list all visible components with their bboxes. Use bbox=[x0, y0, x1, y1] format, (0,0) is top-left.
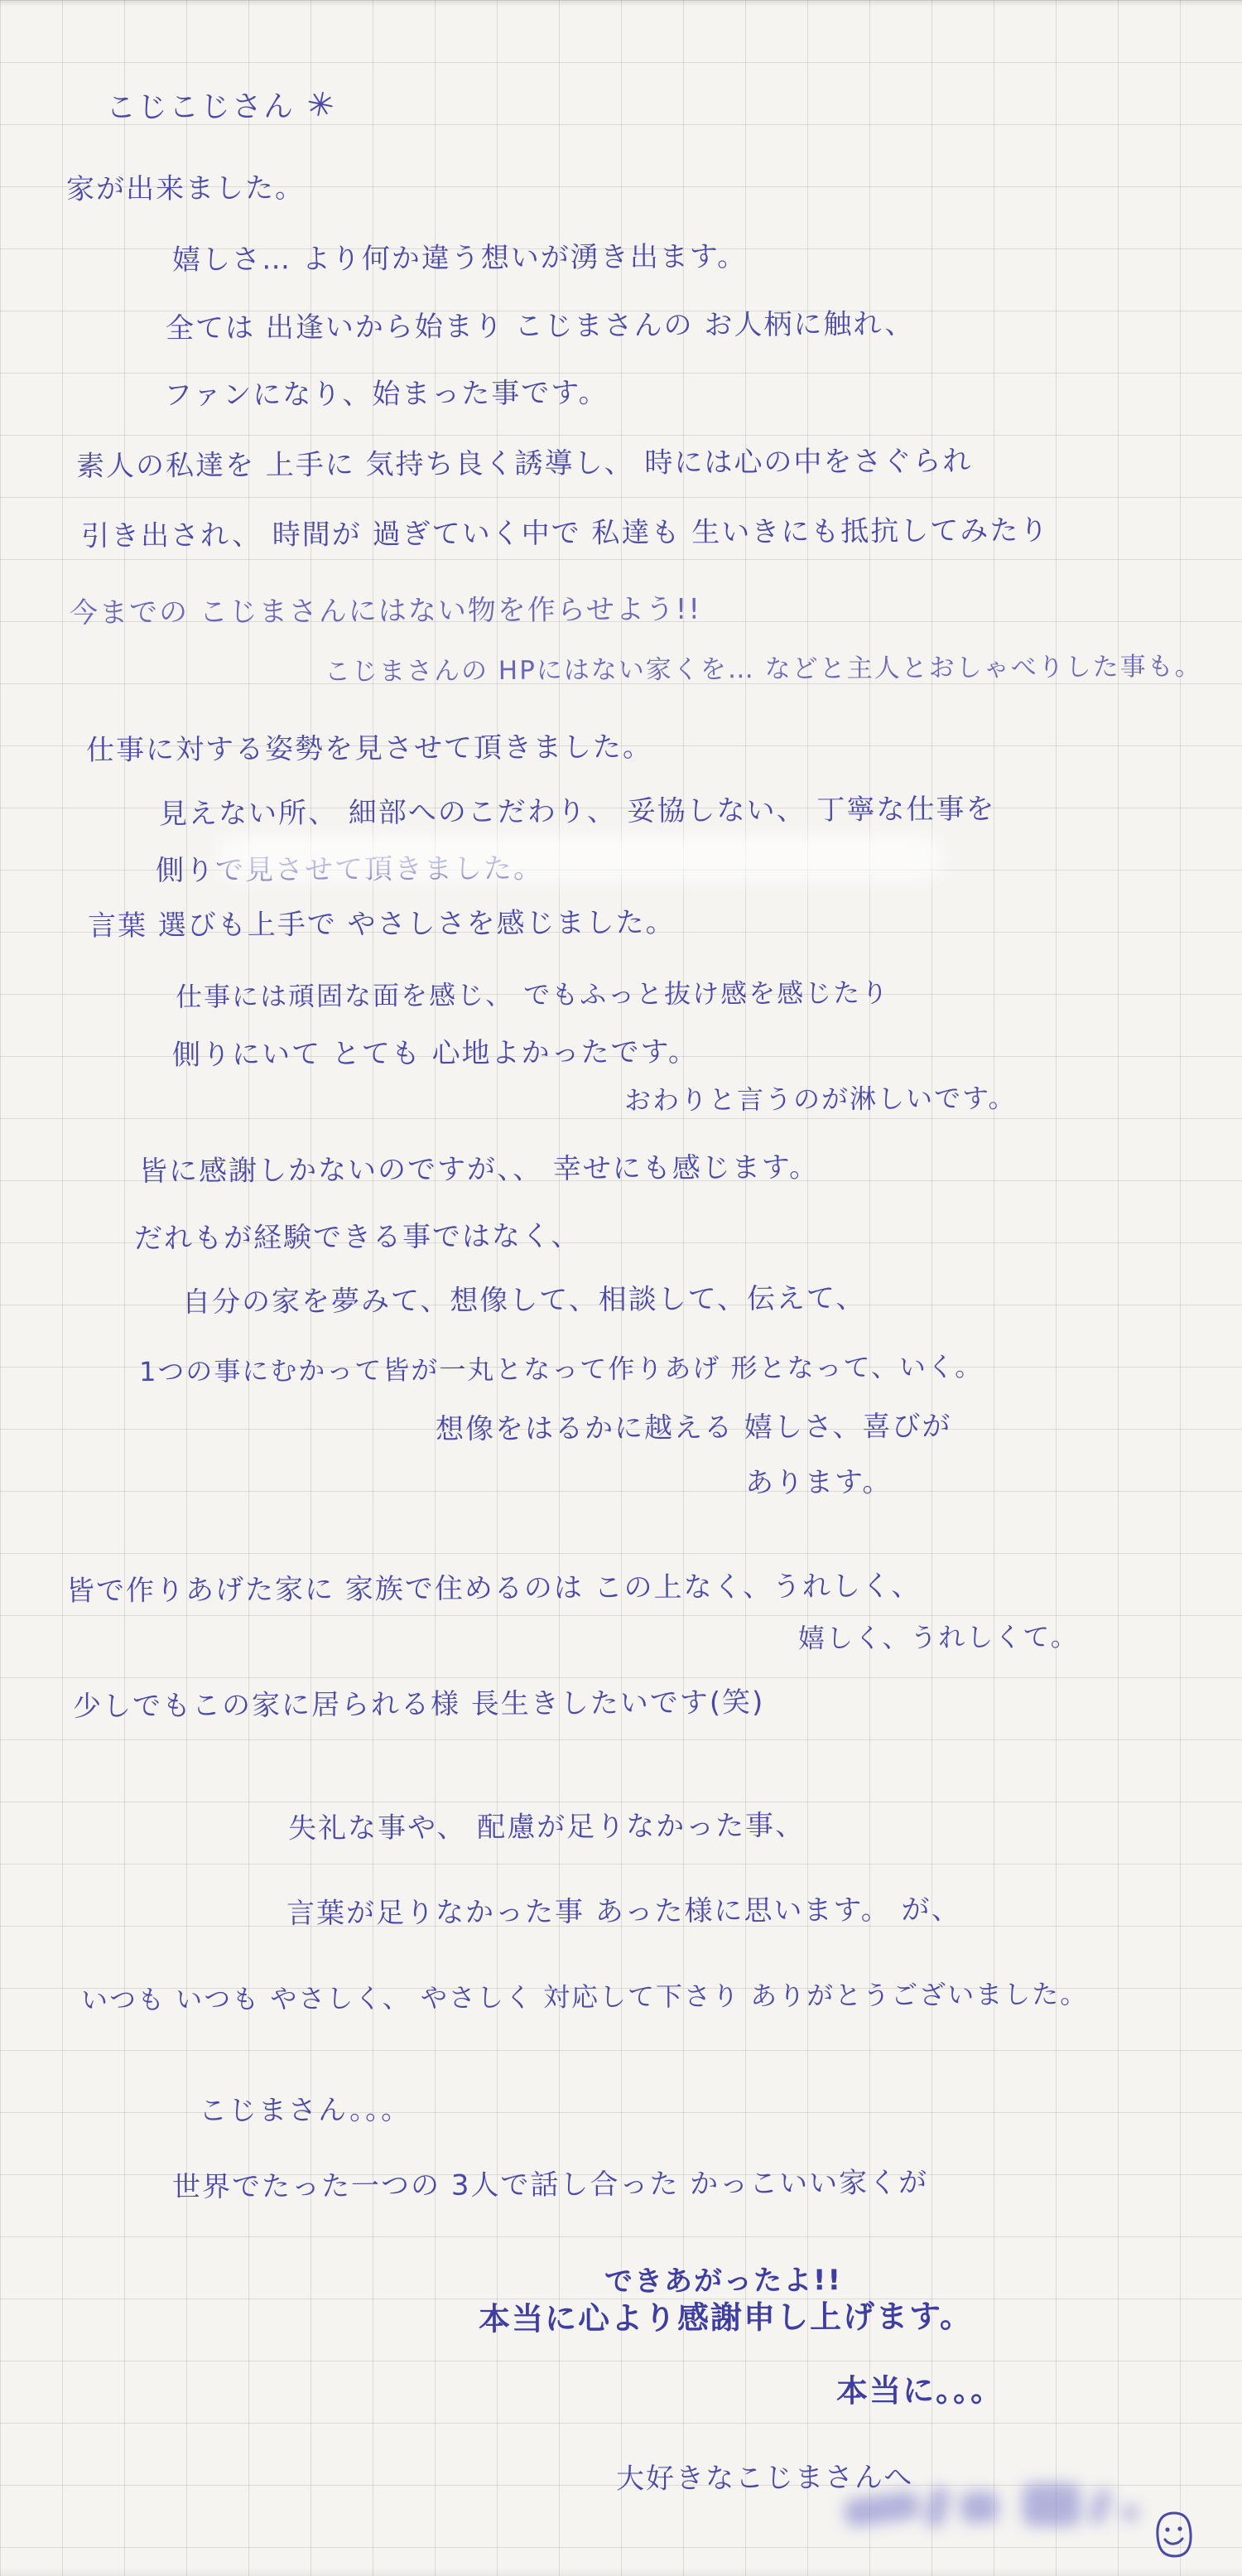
letter-line: 引き出され、 時間が 過ぎていく中で 私達も 生いきにも抵抗してみたり bbox=[81, 514, 1050, 553]
letter-line: ファンになり、始まった事です。 bbox=[164, 376, 609, 412]
letter-line: 今までの こじまさんにはない物を作らせよう!! bbox=[70, 593, 701, 630]
letter-line: 自分の家を夢みて、想像して、相談して、伝えて、 bbox=[182, 1281, 866, 1319]
letter-line: あります。 bbox=[745, 1465, 893, 1500]
letter-line: いつも いつも やさしく、 やさしく 対応して下さり ありがとうございました。 bbox=[81, 1978, 1088, 2016]
star-doodle-icon: ✳ bbox=[303, 83, 339, 128]
smiley-doodle-icon bbox=[1153, 2510, 1196, 2559]
letter-line: 本当に。。。 bbox=[836, 2371, 1004, 2410]
letter-line: できあがったよ!! bbox=[604, 2264, 842, 2299]
letter-line: 言葉が足りなかった事 あった様に思います。 が、 bbox=[286, 1893, 961, 1932]
letter-line: 1つの事にむかって皆が一丸となって作りあげ 形となって、いく。 bbox=[139, 1351, 983, 1388]
letter-line: 言葉 選びも上手で やさしさを感じました。 bbox=[88, 906, 676, 943]
letter-line: 仕事に対する姿勢を見させて頂きました。 bbox=[86, 731, 652, 768]
letter-line: 本当に心より感謝申し上げます。 bbox=[479, 2298, 973, 2338]
letter-paper: こじこじさん✳ 家が出来ました。 嬉しさ… より何か違う想いが湧き出ます。 全て… bbox=[0, 0, 1242, 2576]
letter-line: 想像をはるかに越える 嬉しさ、喜びが bbox=[436, 1410, 952, 1447]
greeting-text: こじこじさん bbox=[106, 89, 295, 124]
letter-line: こじまさんの HPにはない家くを… などと主人とおしゃべりした事も。 bbox=[325, 652, 1202, 688]
letter-line: だれもが経験できる事ではなく、 bbox=[134, 1219, 581, 1256]
letter-line: 失礼な事や、 配慮が足りなかった事、 bbox=[288, 1809, 805, 1846]
letter-line: 皆に感謝しかないのですが、、 幸せにも感じます。 bbox=[139, 1151, 819, 1189]
letter-line: 家が出来ました。 bbox=[66, 171, 305, 207]
letter-line: 少しでもこの家に居られる様 長生きしたいです(笑) bbox=[73, 1686, 765, 1724]
letter-line: おわりと言うのが淋しいです。 bbox=[624, 1083, 1017, 1117]
letter-line: 嬉しさ… より何か違う想いが湧き出ます。 bbox=[172, 240, 747, 277]
letter-line: 側りにいて とても 心地よかったです。 bbox=[172, 1035, 698, 1073]
letter-line: 嬉しく、うれしくて。 bbox=[798, 1621, 1079, 1654]
greeting-line: こじこじさん✳ bbox=[106, 85, 336, 127]
letter-line: 素人の私達を 上手に 気持ち良く誘導し、 時には心の中をさぐられ bbox=[76, 445, 973, 484]
letter-line: 全ては 出逢いから始まり こじまさんの お人柄に触れ、 bbox=[166, 307, 915, 345]
letter-line: こじまさん。。。 bbox=[199, 2093, 411, 2128]
letter-line: 仕事には頑固な面を感じ、 でもふっと抜け感を感じたり bbox=[176, 977, 889, 1013]
letter-line: 側りで見させて頂きました。 bbox=[156, 852, 543, 889]
redacted-signature bbox=[845, 2477, 1143, 2543]
letter-line: 世界でたった一つの 3人で話し合った かっこいい家くが bbox=[172, 2166, 928, 2204]
letter-line: 皆で作りあげた家に 家族で住めるのは この上なく、うれしく、 bbox=[66, 1570, 921, 1609]
letter-line: 見えない所、 細部へのこだわり、 妥協しない、 丁寧な仕事を bbox=[159, 793, 996, 832]
